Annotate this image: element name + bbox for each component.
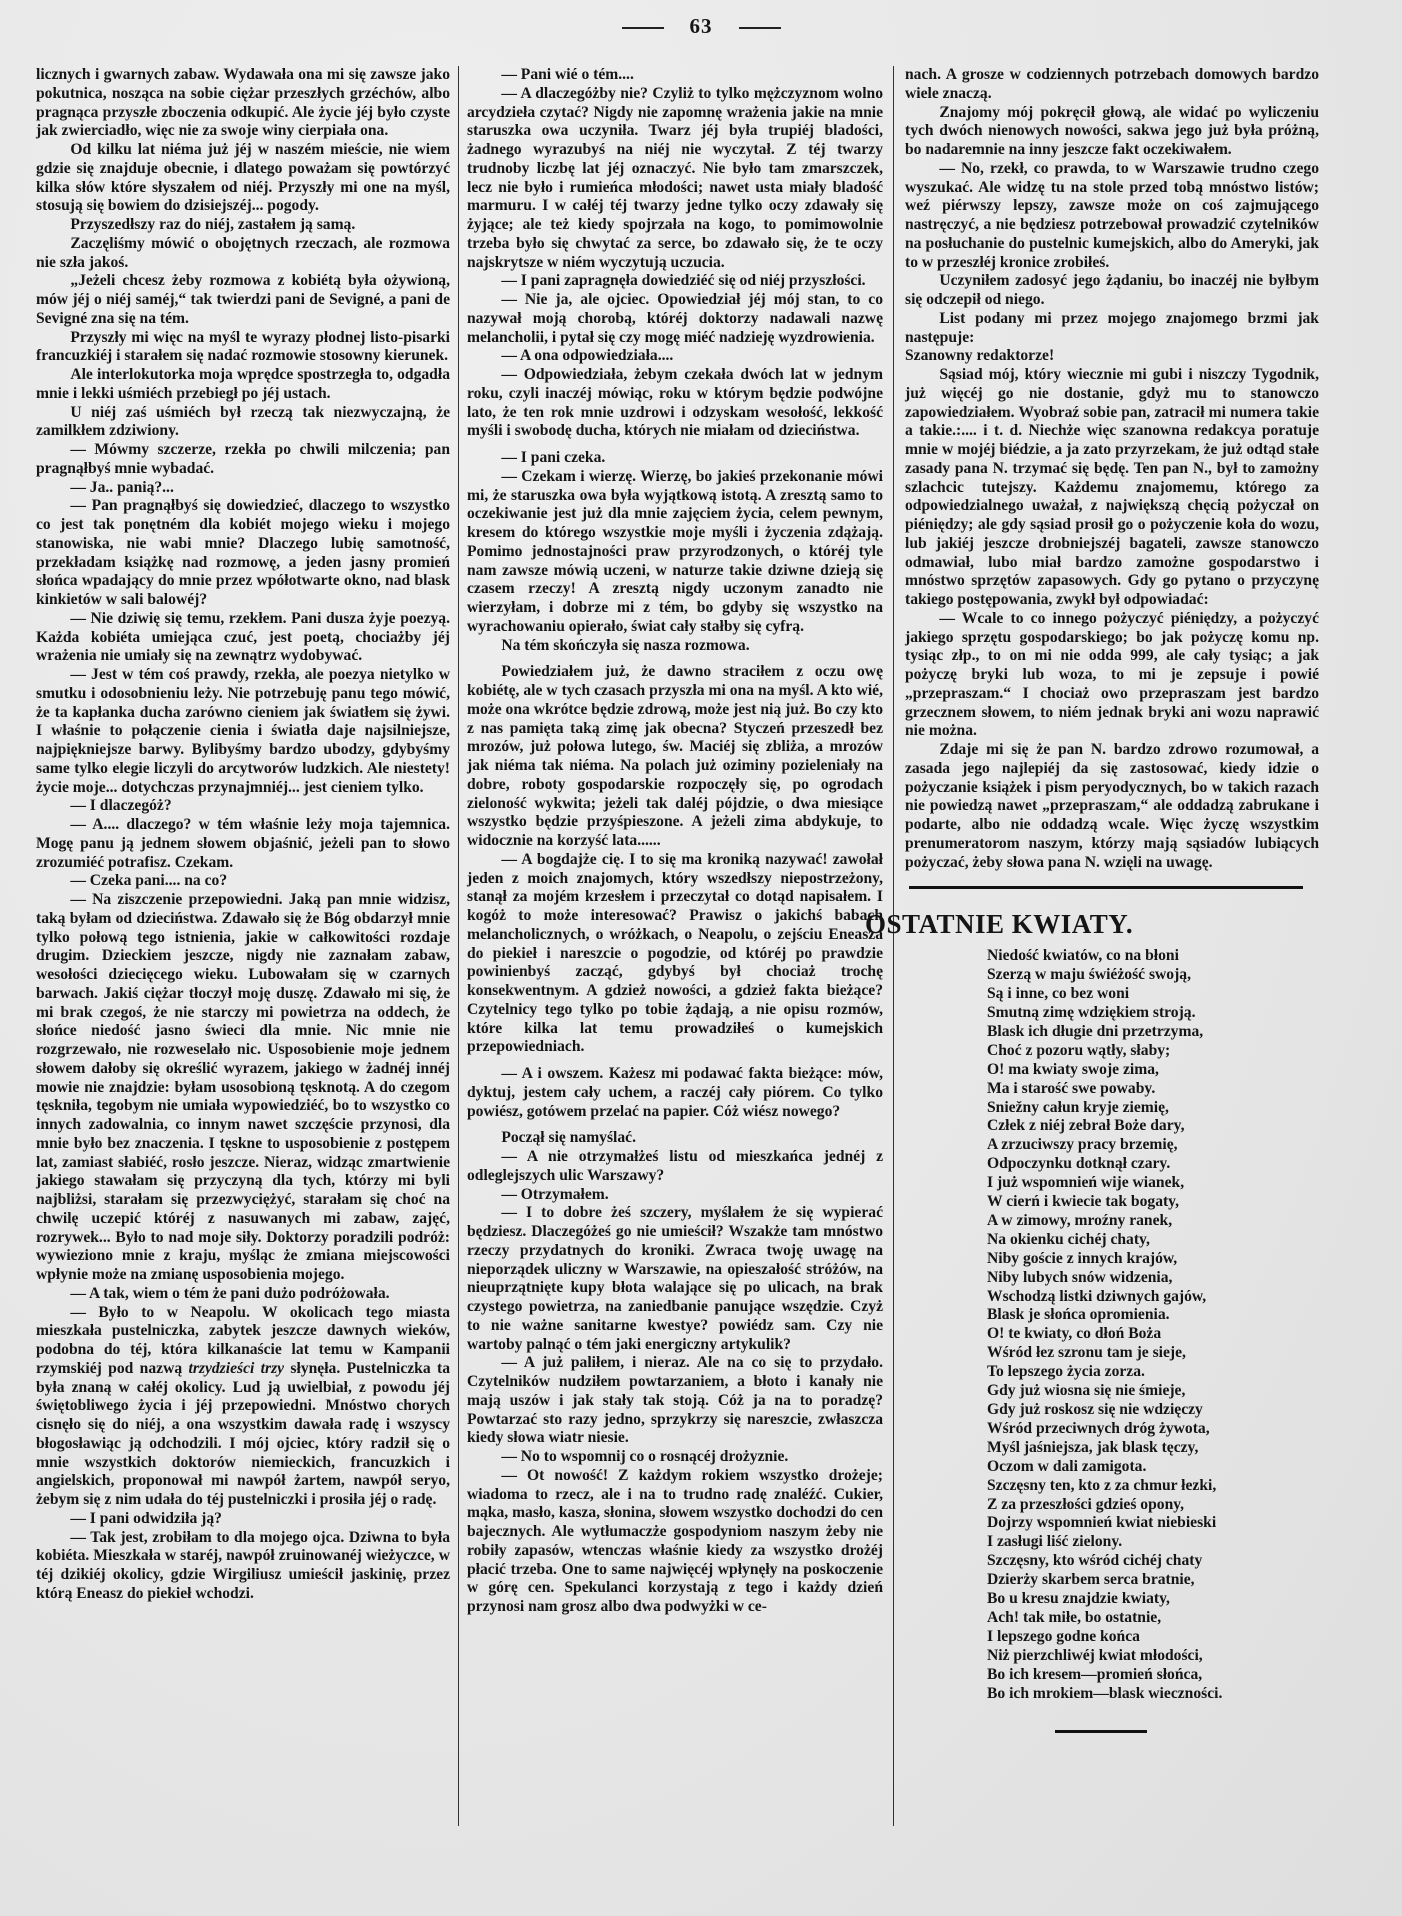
column-1: licznych i gwarnych zabaw. Wydawała ona … (36, 66, 450, 1604)
paragraph: Powiedziałem już, że dawno straciłem z o… (467, 663, 883, 851)
poem-title: OSTATNIE KWIATY. (865, 909, 1319, 939)
paragraph: Zaczęliśmy mówić o obojętnych rzeczach, … (36, 235, 450, 273)
poem-line: Gdy już roskosz się nie wdzięczy (987, 1401, 1319, 1420)
column-3: nach. A grosze w codziennych potrzebach … (905, 66, 1319, 1733)
page-number: 63 (690, 14, 713, 38)
poem-line: To lepszego życia zorza. (987, 1363, 1319, 1382)
paragraph: Od kilku lat niéma już jéj w naszém mieś… (36, 141, 450, 216)
paragraph: — A ona odpowiedziała.... (467, 347, 883, 366)
poem-line: Niedość kwiatów, co na błoni (987, 947, 1319, 966)
paragraph: nach. A grosze w codziennych potrzebach … (905, 66, 1319, 104)
poem-line: Niby lubych snów widzenia, (987, 1269, 1319, 1288)
poem-line: Bo u kresu znajdzie kwiaty, (987, 1590, 1319, 1609)
paragraph: — A już paliłem, i nieraz. Ale na co się… (467, 1354, 883, 1448)
poem-line: O! te kwiaty, co dłoń Boża (987, 1325, 1319, 1344)
paragraph: Uczyniłem zadosyć jego żądaniu, bo inacz… (905, 272, 1319, 310)
paragraph: Zdaje mi się że pan N. bardzo zdrowo roz… (905, 741, 1319, 872)
header-dash-left (622, 27, 664, 29)
paragraph: — I pani zapragnęła dowiedziéć się od ni… (467, 272, 883, 291)
paragraph: Począł się namyślać. (467, 1129, 883, 1148)
paragraph: — Czekam i wierzę. Wierzę, bo jakieś prz… (467, 468, 883, 637)
poem-line: Szczęsny, kto wśród cichéj chaty (987, 1552, 1319, 1571)
poem-line: Szczęsny ten, kto z za chmur łezki, (987, 1477, 1319, 1496)
poem-line: I zasługi liść zielony. (987, 1533, 1319, 1552)
poem-line: W cierń i kwiecie tak bogaty, (987, 1193, 1319, 1212)
poem-line: Choć z pozoru wątły, słaby; (987, 1042, 1319, 1061)
paragraph: — A bogdajże cię. I to się ma kroniką na… (467, 851, 883, 1057)
poem-line: Niż pierzchliwéj kwiat młodości, (987, 1647, 1319, 1666)
poem-line: Wśród łez szronu tam je sieje, (987, 1344, 1319, 1363)
poem-line: Człek z niéj zebrał Boże dary, (987, 1117, 1319, 1136)
poem-line: Blask je słońca opromienia. (987, 1306, 1319, 1325)
header-dash-right (739, 27, 781, 29)
paragraph: Przyszły mi więc na myśl te wyrazy płodn… (36, 329, 450, 367)
paragraph: Sąsiad mój, który wiecznie mi gubi i nis… (905, 366, 1319, 610)
paragraph: — A nie otrzymałżeś listu od mieszkańca … (467, 1148, 883, 1186)
paragraph: — Mówmy szczerze, rzekła po chwili milcz… (36, 441, 450, 479)
section-separator (909, 886, 1303, 889)
paragraph: List podany mi przez mojego znajomego br… (905, 310, 1319, 348)
poem-line: I lepszego godne końca (987, 1628, 1319, 1647)
paragraph: — Czeka pani.... na co? (36, 872, 450, 891)
poem-line: Wśród przeciwnych dróg żywota, (987, 1420, 1319, 1439)
poem-line: Ma i starość swe powaby. (987, 1080, 1319, 1099)
poem-line: A w zimowy, mroźny ranek, (987, 1212, 1319, 1231)
paragraph: Ale interlokutorka moja wprędce spostrze… (36, 366, 450, 404)
paragraph: U niéj zaś uśmiéch był rzeczą tak niezwy… (36, 404, 450, 442)
paragraph: — I to dobre żeś szczery, myślałem że si… (467, 1204, 883, 1354)
paragraph: — Pani wié o tém.... (467, 66, 883, 85)
poem-line: Sniežny całun kryje ziemię, (987, 1099, 1319, 1118)
poem-line: Myśl jaśniejsza, jak blask tęczy, (987, 1439, 1319, 1458)
paragraph: — Jest w tém coś prawdy, rzekła, ale poe… (36, 666, 450, 797)
paragraph: — Pan pragnąłbyś się dowiedzieć, dlaczeg… (36, 497, 450, 610)
column-rule-right (893, 66, 894, 1826)
poem-line: Bo ich kresem—promień słońca, (987, 1666, 1319, 1685)
poem-line: Szerzą w maju świéżość swoją, (987, 966, 1319, 985)
poem-line: Bo ich mrokiem—blask wieczności. (987, 1685, 1319, 1704)
letter-salutation: Szanowny redaktorze! (905, 347, 1319, 366)
poem-line: Odpoczynku dotknął czary. (987, 1155, 1319, 1174)
paragraph: — Wcale to co innego pożyczyć piéniędzy,… (905, 610, 1319, 741)
poem-line: Na okienku cichéj chaty, (987, 1231, 1319, 1250)
poem-body: Niedość kwiatów, co na błoniSzerzą w maj… (987, 947, 1319, 1703)
paragraph: — Nie ja, ale ojciec. Opowiedział jéj mó… (467, 291, 883, 347)
paragraph: — Ot nowość! Z każdym rokiem wszystko dr… (467, 1467, 883, 1617)
poem-line: Są i inne, co bez woni (987, 985, 1319, 1004)
paragraph: — I dlaczegóż? (36, 797, 450, 816)
paragraph: — Nie dziwię się temu, rzekłem. Pani dus… (36, 610, 450, 666)
paragraph: — A.... dlaczego? w tém właśnie leży moj… (36, 816, 450, 872)
poem-line: Z za przeszłości gdzieś opony, (987, 1496, 1319, 1515)
column-rule-left (458, 66, 459, 1826)
paragraph: — No, rzekł, co prawda, to w Warszawie t… (905, 160, 1319, 273)
paragraph: — Tak jest, zrobiłam to dla mojego ojca.… (36, 1529, 450, 1604)
paragraph: — Ja.. panią?... (36, 479, 450, 498)
letter-body: Sąsiad mój, który wiecznie mi gubi i nis… (905, 366, 1319, 872)
paragraph: Znajomy mój pokręcił głową, ale widać po… (905, 104, 1319, 160)
paragraph: — I pani czeka. (467, 449, 883, 468)
paragraph: — Otrzymałem. (467, 1186, 883, 1205)
paragraph: — A i owszem. Każesz mi podawać fakta bi… (467, 1065, 883, 1121)
paragraph: — Odpowiedziała, żebym czekała dwóch lat… (467, 366, 883, 441)
column-2: — Pani wié o tém....— A dlaczegóżby nie?… (467, 66, 883, 1617)
poem-line: Wschodzą listki dziwnych gajów, (987, 1288, 1319, 1307)
poem-line: Dojrzy wspomnień kwiat niebieski (987, 1514, 1319, 1533)
poem-line: O! ma kwiaty swoje zima, (987, 1061, 1319, 1080)
page-header: 63 (0, 14, 1402, 39)
poem-line: Gdy już wiosna się nie śmieje, (987, 1382, 1319, 1401)
paragraph: — Na ziszczenie przepowiedni. Jaką pan m… (36, 891, 450, 1285)
poem-line: Dzierży skarbem serca bratnie, (987, 1571, 1319, 1590)
paragraph: — A dlaczegóżby nie? Czyliż to tylko męż… (467, 85, 883, 273)
poem-line: Blask ich długie dni przetrzyma, (987, 1023, 1319, 1042)
poem-line: Smutną zimę wdziękiem stroją. (987, 1004, 1319, 1023)
poem-line: A zrzuciwszy pracy brzemię, (987, 1136, 1319, 1155)
paragraph: licznych i gwarnych zabaw. Wydawała ona … (36, 66, 450, 141)
paragraph: — I pani odwidziła ją? (36, 1510, 450, 1529)
paragraph: „Jeżeli chcesz żeby rozmowa z kobiétą by… (36, 272, 450, 328)
poem-line: Oczom w dali zamigota. (987, 1458, 1319, 1477)
paragraph: Na tém skończyła się nasza rozmowa. (467, 637, 883, 656)
column-3-intro: nach. A grosze w codziennych potrzebach … (905, 66, 1319, 347)
paragraph: — No to wspomnij co o rosnącéj drożyznie… (467, 1448, 883, 1467)
poem-line: Niby goście z innych krajów, (987, 1250, 1319, 1269)
paragraph: — Było to w Neapolu. W okolicach tego mi… (36, 1304, 450, 1510)
paragraph: Przyszedłszy raz do niéj, zastałem ją sa… (36, 216, 450, 235)
paragraph: — A tak, wiem o tém że pani dużo podróżo… (36, 1285, 450, 1304)
poem-line: I już wspomnień wije wianek, (987, 1174, 1319, 1193)
end-rule (1055, 1730, 1147, 1733)
poem-line: Ach! tak miłe, bo ostatnie, (987, 1609, 1319, 1628)
